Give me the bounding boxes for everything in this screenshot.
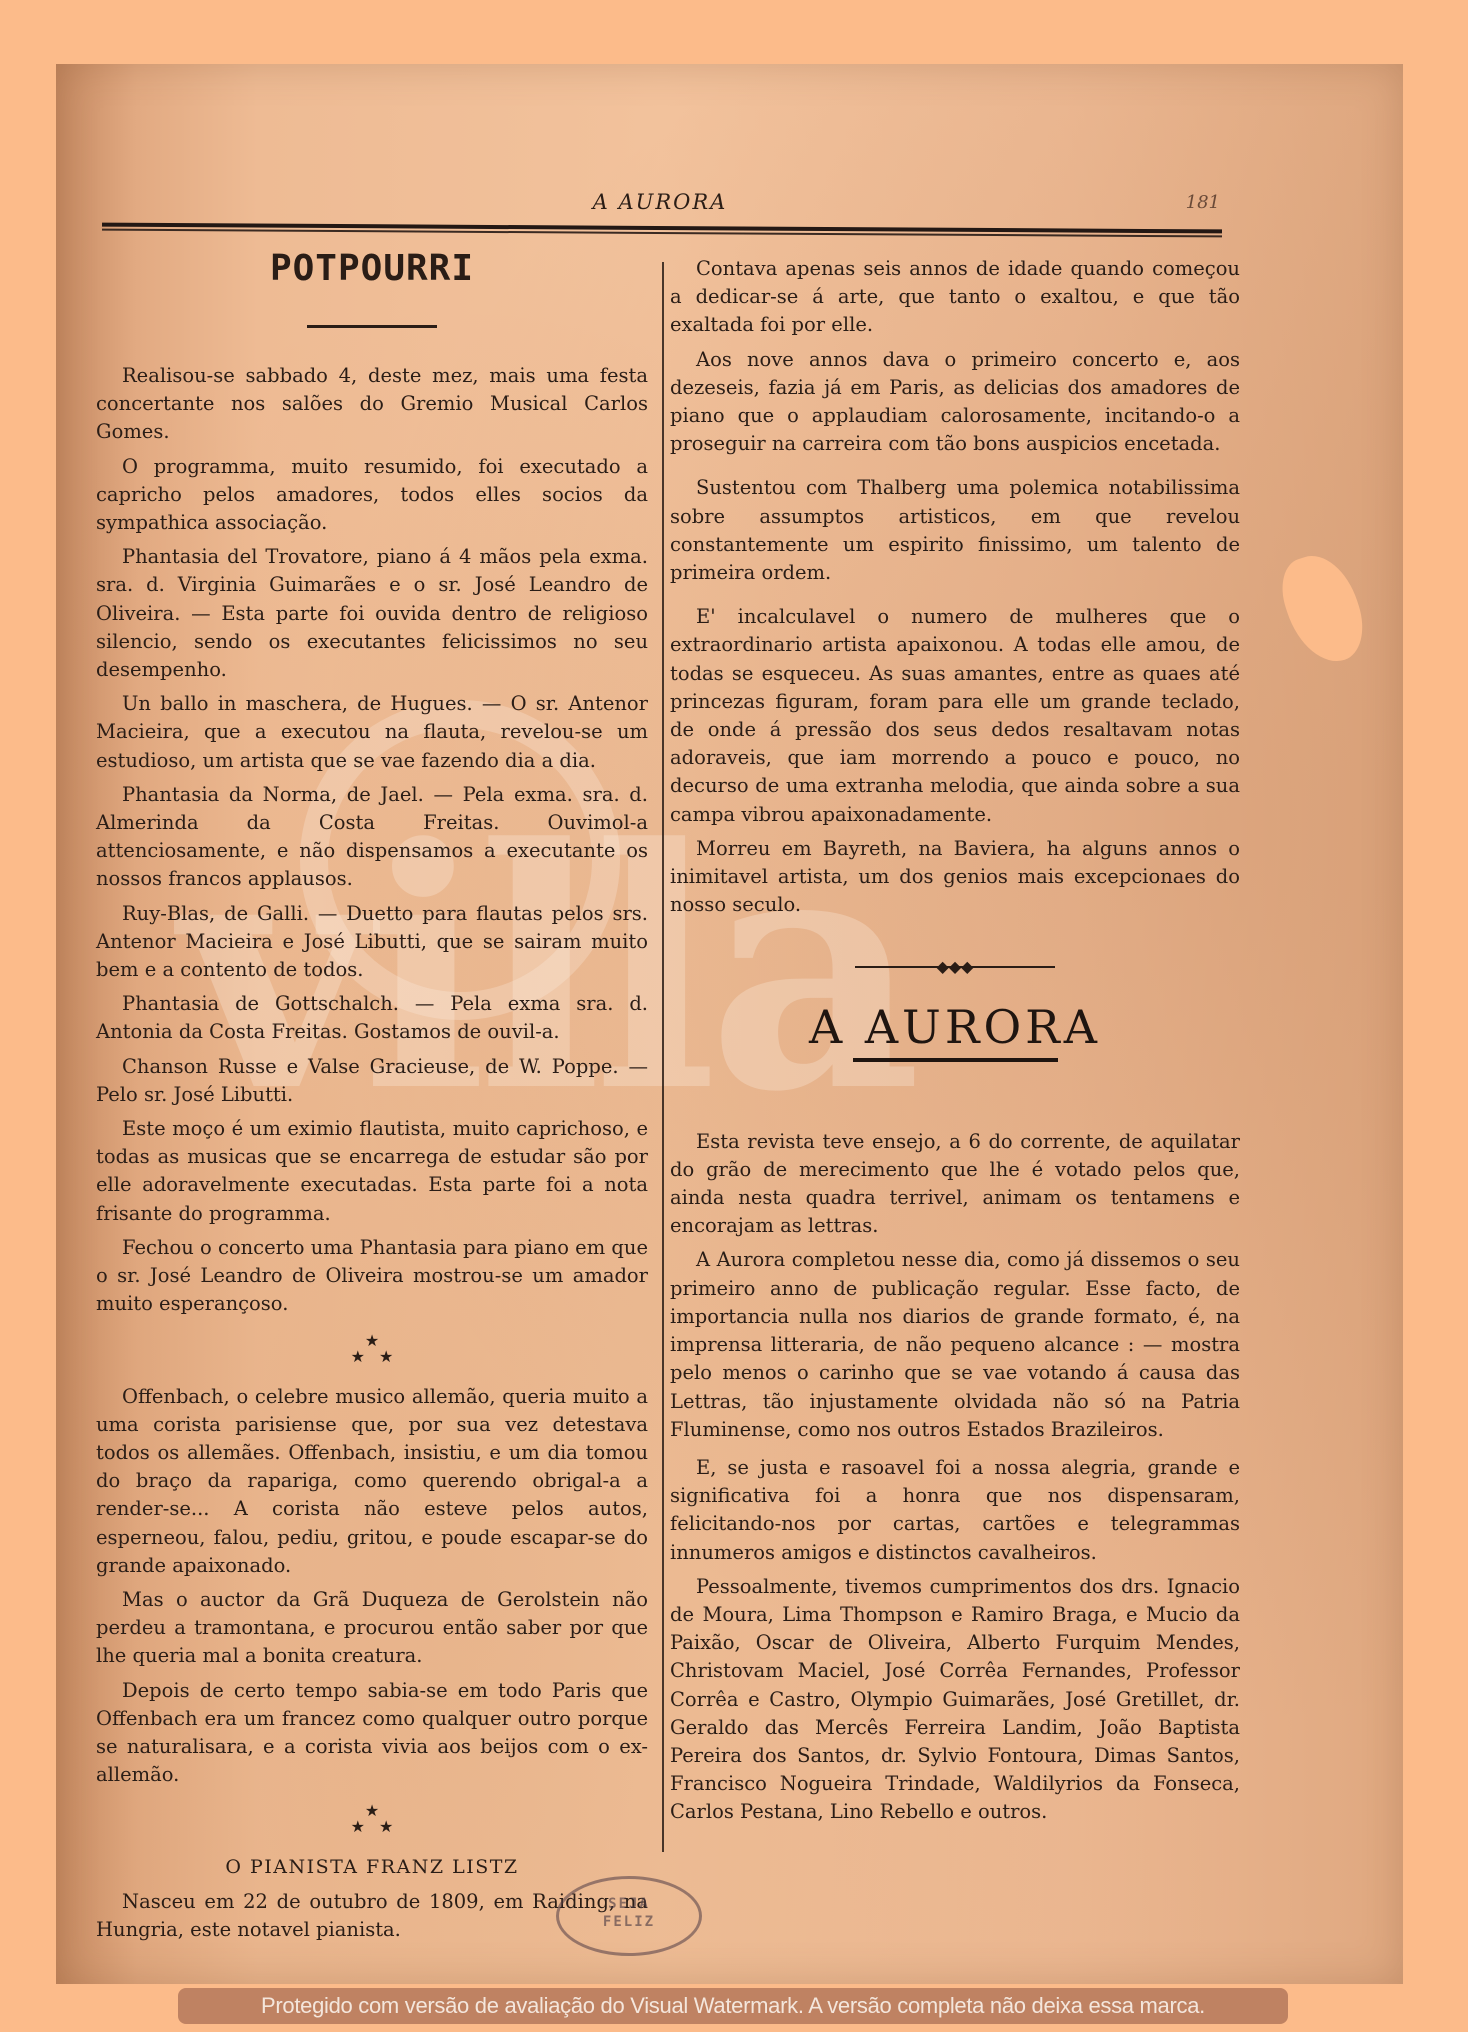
star-icon: ★★ bbox=[96, 1349, 648, 1365]
paragraph: Chanson Russe e Valse Gracieuse, de W. P… bbox=[96, 1053, 648, 1109]
section-title-potpourri: POTPOURRI bbox=[96, 255, 648, 303]
section-title-aurora: A AURORA bbox=[670, 1013, 1240, 1041]
paragraph: Depois de certo tempo sabia-se em todo P… bbox=[96, 1677, 648, 1790]
paragraph: A Aurora completou nesse dia, como já di… bbox=[670, 1246, 1240, 1443]
stamp-line: FELIZ bbox=[559, 1913, 699, 1931]
running-title: A AURORA bbox=[100, 190, 1220, 214]
paragraph: Pessoalmente, tivemos cumprimentos dos d… bbox=[670, 1573, 1240, 1827]
right-column: Contava apenas seis annos de idade quand… bbox=[670, 255, 1240, 1827]
paragraph: Offenbach, o celebre musico allemão, que… bbox=[96, 1383, 648, 1580]
paragraph: E' incalculavel o numero de mulheres que… bbox=[670, 603, 1240, 829]
paragraph: Mas o auctor da Grã Duqueza de Gerolstei… bbox=[96, 1586, 648, 1671]
paper-tear bbox=[1311, 604, 1359, 660]
paragraph: Ruy-Blas, de Galli. — Duetto para flauta… bbox=[96, 900, 648, 985]
paragraph: Phantasia da Norma, de Jael. — Pela exma… bbox=[96, 781, 648, 894]
paragraph: E, se justa e rasoavel foi a nossa alegr… bbox=[670, 1454, 1240, 1567]
left-column: POTPOURRI Realisou-se sabbado 4, deste m… bbox=[96, 255, 648, 1944]
page-number: 181 bbox=[1186, 192, 1220, 213]
asterism-separator: ★ ★★ bbox=[96, 1333, 648, 1365]
title-rule bbox=[307, 325, 437, 328]
paragraph: Phantasia del Trovatore, piano á 4 mãos … bbox=[96, 543, 648, 684]
ornamental-divider: ◆◆◆ bbox=[855, 959, 1055, 975]
paragraph: Aos nove annos dava o primeiro concerto … bbox=[670, 346, 1240, 459]
paragraph: Morreu em Bayreth, na Baviera, ha alguns… bbox=[670, 835, 1240, 920]
paragraph: Esta revista teve ensejo, a 6 do corrent… bbox=[670, 1128, 1240, 1241]
asterism-separator: ★ ★★ bbox=[96, 1803, 648, 1835]
paragraph: Contava apenas seis annos de idade quand… bbox=[670, 255, 1240, 340]
paragraph: Este moço é um eximio flautista, muito c… bbox=[96, 1115, 648, 1228]
paragraph: O programma, muito resumido, foi executa… bbox=[96, 453, 648, 538]
watermark-notice-banner: Protegido com versão de avaliação do Vis… bbox=[178, 1988, 1288, 2024]
ink-stamp: SEJA FELIZ bbox=[556, 1876, 702, 1956]
paragraph: Un ballo in maschera, de Hugues. — O sr.… bbox=[96, 690, 648, 775]
ornament-icon: ◆◆◆ bbox=[937, 959, 974, 975]
column-divider bbox=[662, 262, 664, 1852]
paragraph: Fechou o concerto uma Phantasia para pia… bbox=[96, 1234, 648, 1319]
star-icon: ★★ bbox=[96, 1819, 648, 1835]
subsection-title-liszt: O PIANISTA FRANZ LISTZ bbox=[96, 1853, 648, 1881]
stamp-line: SEJA bbox=[559, 1895, 699, 1913]
paragraph: Sustentou com Thalberg uma polemica nota… bbox=[670, 474, 1240, 587]
running-head: A AURORA 181 bbox=[100, 190, 1220, 220]
paragraph: Phantasia de Gottschalch. — Pela exma sr… bbox=[96, 990, 648, 1046]
paragraph: Realisou-se sabbado 4, deste mez, mais u… bbox=[96, 362, 648, 447]
title-rule bbox=[853, 1058, 1058, 1062]
